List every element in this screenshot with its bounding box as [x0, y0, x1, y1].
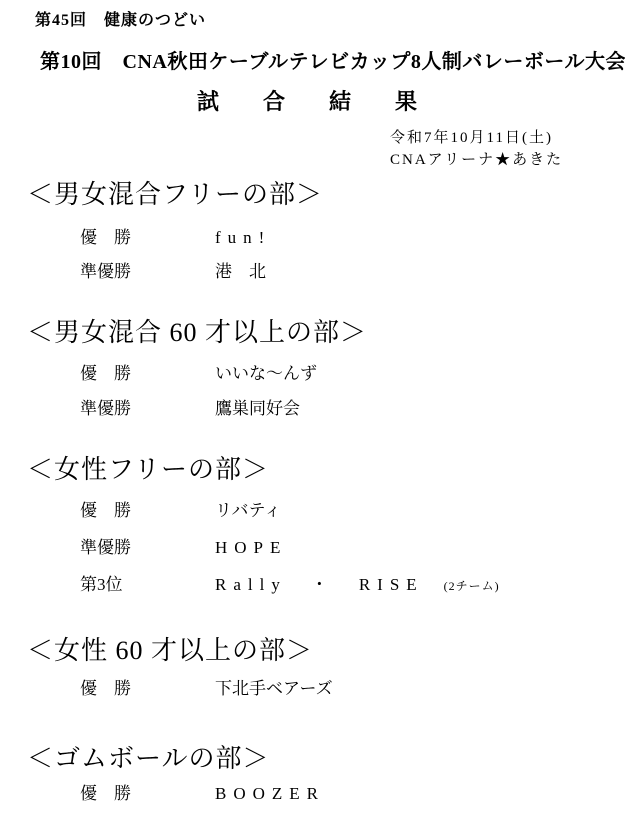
event-date: 令和7年10月11日(土): [390, 129, 553, 148]
rank-label: 優 勝: [80, 678, 215, 699]
team-name: fun!: [215, 228, 271, 247]
rank-label: 優 勝: [80, 363, 215, 384]
division-header-women-over60: ＜女性 60 才以上の部＞: [27, 635, 313, 668]
rank-label: 準優勝: [80, 398, 215, 419]
rank-label: 第3位: [80, 574, 215, 595]
rank-label: 優 勝: [80, 783, 215, 804]
team-name: Rally ・ RISE: [215, 575, 424, 594]
results-heading: 試合結果: [197, 88, 461, 116]
division-header-mixed-free: ＜男女混合フリーの部＞: [27, 179, 323, 212]
team-name: いいな～んず: [215, 364, 317, 383]
result-row: 優 勝いいな～んず: [80, 363, 317, 384]
tournament-title: 第10回 CNA秋田ケーブルテレビカップ8人制バレーボール大会: [40, 50, 625, 75]
team-name: HOPE: [215, 538, 287, 557]
result-row: 準優勝港 北: [80, 261, 266, 282]
result-row: 第3位Rally ・ RISE(2チーム): [80, 574, 500, 595]
result-row: 準優勝鷹巣同好会: [80, 398, 300, 419]
division-header-mixed-over60: ＜男女混合 60 才以上の部＞: [27, 317, 367, 350]
rank-label: 準優勝: [80, 537, 215, 558]
rank-label: 優 勝: [80, 227, 215, 248]
team-name: 鷹巣同好会: [215, 399, 300, 418]
team-name: 下北手ベアーズ: [215, 679, 333, 698]
team-name: 港 北: [215, 262, 266, 281]
team-note: (2チーム): [444, 579, 500, 593]
team-name: リバティ: [215, 501, 281, 520]
result-row: 優 勝BOOZER: [80, 783, 325, 804]
division-header-rubber-ball: ＜ゴムボールの部＞: [27, 743, 269, 776]
result-row: 優 勝fun!: [80, 227, 271, 248]
event-name: 第45回 健康のつどい: [35, 11, 206, 31]
rank-label: 優 勝: [80, 500, 215, 521]
result-row: 準優勝HOPE: [80, 537, 287, 558]
result-row: 優 勝リバティ: [80, 500, 281, 521]
division-header-women-free: ＜女性フリーの部＞: [27, 454, 269, 487]
rank-label: 準優勝: [80, 261, 215, 282]
result-row: 優 勝下北手ベアーズ: [80, 678, 333, 699]
team-name: BOOZER: [215, 784, 325, 803]
event-venue: CNAアリーナ★あきた: [390, 151, 563, 170]
